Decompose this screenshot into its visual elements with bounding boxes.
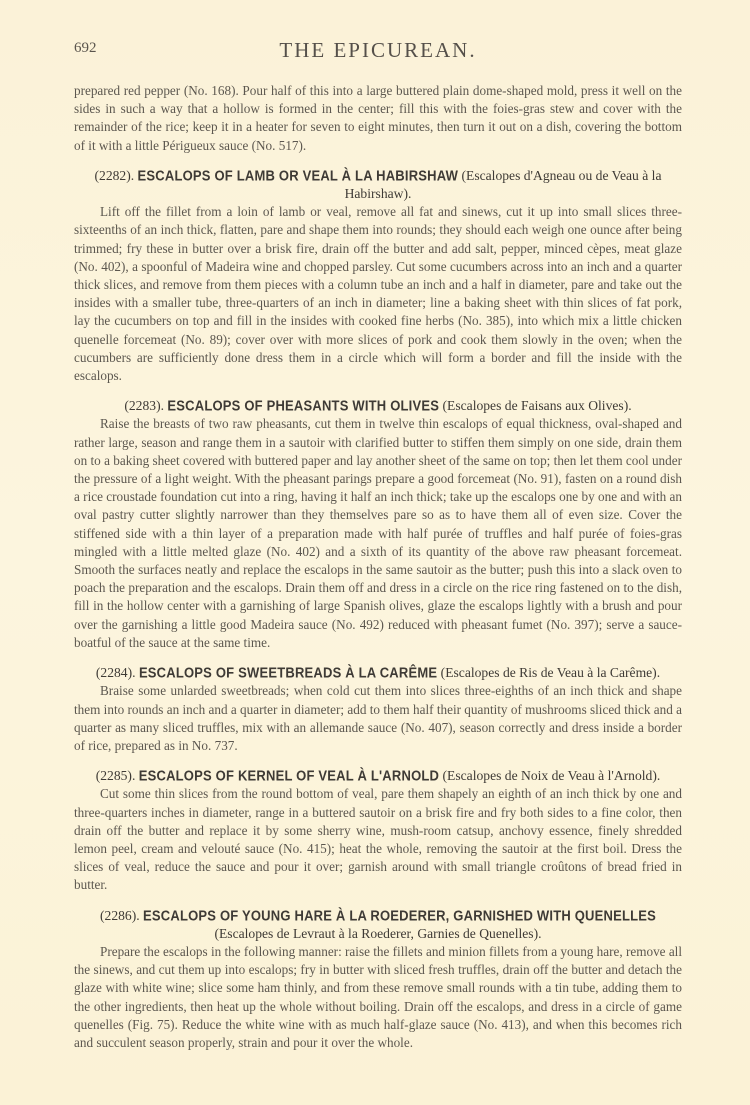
recipe-number: (2286). — [100, 908, 140, 923]
recipe-title: ESCALOPS OF KERNEL OF VEAL À L'ARNOLD — [139, 766, 439, 786]
recipe-body: Prepare the escalops in the following ma… — [74, 943, 682, 1052]
recipe-number: (2284). — [96, 665, 136, 680]
book-page: 692 THE EPICUREAN. prepared red pepper (… — [0, 0, 750, 1105]
page-body: prepared red pepper (No. 168). Pour half… — [74, 82, 682, 1052]
recipe-heading: (2286). ESCALOPS OF YOUNG HARE À LA ROED… — [74, 907, 682, 925]
recipe-2285: (2285). ESCALOPS OF KERNEL OF VEAL À L'A… — [74, 767, 682, 894]
recipe-french-title: (Escalopes de Levraut à la Roederer, Gar… — [74, 925, 682, 943]
recipe-heading: (2282). ESCALOPS OF LAMB OR VEAL À LA HA… — [74, 167, 682, 203]
recipe-title: ESCALOPS OF LAMB OR VEAL À LA HABIRSHAW — [138, 166, 459, 186]
recipe-title: ESCALOPS OF PHEASANTS WITH OLIVES — [167, 396, 439, 416]
recipe-2284: (2284). ESCALOPS OF SWEETBREADS À LA CAR… — [74, 664, 682, 755]
recipe-french-title: (Escalopes de Noix de Veau à l'Arnold). — [443, 768, 661, 783]
recipe-title: ESCALOPS OF YOUNG HARE À LA ROEDERER, GA… — [143, 906, 656, 926]
recipe-title: ESCALOPS OF SWEETBREADS À LA CARÊME — [139, 663, 437, 683]
recipe-body: Cut some thin slices from the round bott… — [74, 785, 682, 894]
recipe-body: Braise some unlarded sweetbreads; when c… — [74, 682, 682, 755]
recipe-french-title: (Escalopes de Ris de Veau à la Carême). — [441, 665, 660, 680]
recipe-body: Lift off the fillet from a loin of lamb … — [74, 203, 682, 385]
recipe-2286: (2286). ESCALOPS OF YOUNG HARE À LA ROED… — [74, 907, 682, 1053]
recipe-number: (2285). — [96, 768, 136, 783]
running-title: THE EPICUREAN. — [74, 38, 682, 63]
running-head: 692 THE EPICUREAN. — [74, 40, 682, 64]
recipe-number: (2282). — [95, 168, 135, 183]
recipe-2283: (2283). ESCALOPS OF PHEASANTS WITH OLIVE… — [74, 397, 682, 652]
recipe-number: (2283). — [124, 398, 164, 413]
recipe-body: Raise the breasts of two raw pheasants, … — [74, 415, 682, 652]
recipe-2282: (2282). ESCALOPS OF LAMB OR VEAL À LA HA… — [74, 167, 682, 385]
recipe-heading: (2283). ESCALOPS OF PHEASANTS WITH OLIVE… — [74, 397, 682, 415]
recipe-heading: (2285). ESCALOPS OF KERNEL OF VEAL À L'A… — [74, 767, 682, 785]
recipe-french-title: (Escalopes de Faisans aux Olives). — [443, 398, 632, 413]
intro-paragraph: prepared red pepper (No. 168). Pour half… — [74, 82, 682, 155]
recipe-heading: (2284). ESCALOPS OF SWEETBREADS À LA CAR… — [74, 664, 682, 682]
